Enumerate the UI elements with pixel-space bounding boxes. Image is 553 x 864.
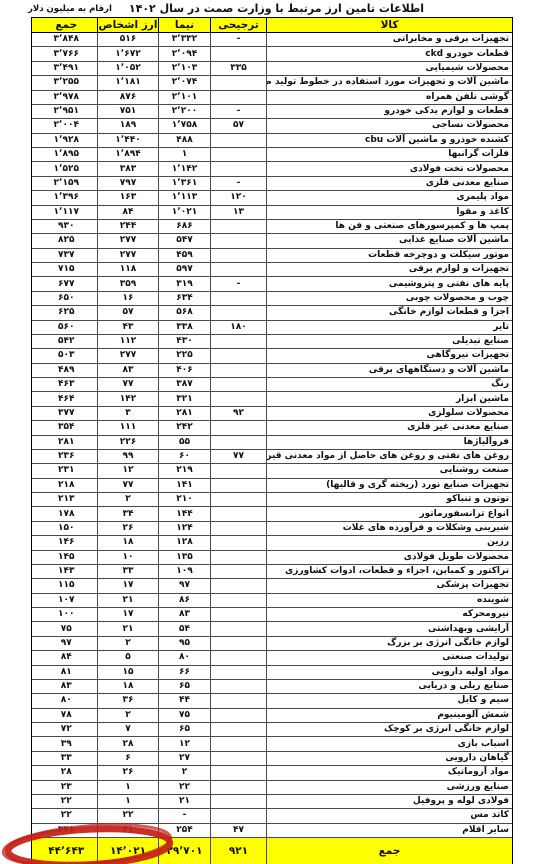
cell-goods: کاغذ و مقوا bbox=[266, 206, 512, 219]
cell-preferential bbox=[210, 76, 266, 89]
cell-nima: ۳۳۸ bbox=[158, 321, 210, 334]
cell-goods: تجهیزات و لوازم برقی bbox=[266, 263, 512, 276]
cell-goods: ماشین ابزار bbox=[266, 392, 512, 405]
cell-total: ۳۳ bbox=[36, 752, 98, 765]
cell-total: ۲٬۱۵۹ bbox=[36, 177, 98, 190]
cell-goods: محصولات شیمیایی bbox=[266, 62, 512, 75]
table-row: رنگ۳۸۷۷۷۴۶۳ bbox=[32, 378, 512, 392]
cell-preferential bbox=[210, 479, 266, 492]
cell-goods: تولیدات صنعتی bbox=[266, 651, 512, 664]
cell-goods: کشنده خودرو و ماشین آلات cbu bbox=[266, 134, 512, 147]
table-row: فلزات گرانبها۱۱٬۸۹۴۱٬۸۹۵ bbox=[32, 148, 512, 162]
cell-nima: ۱۲۸ bbox=[158, 536, 210, 549]
table-row: کاغذ و مقوا۱۳۱٬۰۲۱۸۴۱٬۱۱۷ bbox=[32, 206, 512, 220]
cell-preferential bbox=[210, 752, 266, 765]
table-row: توتون و تنباکو۲۱۰۲۲۱۳ bbox=[32, 493, 512, 507]
table-row: آرایشی وبهداشتی۵۴۲۱۷۵ bbox=[32, 622, 512, 636]
cell-personal: ۳۵۹ bbox=[97, 277, 158, 290]
table-row: گیاهان دارویی۲۷۶۳۳ bbox=[32, 752, 512, 766]
cell-preferential bbox=[210, 493, 266, 506]
cell-total: ۱۷۸ bbox=[36, 507, 98, 520]
cell-preferential: - bbox=[210, 277, 266, 290]
cell-nima: ۱۴۴ bbox=[158, 507, 210, 520]
table-row: انواع ترانسفورماتور۱۴۴۳۴۱۷۸ bbox=[32, 507, 512, 521]
cell-preferential: ۱۸۰ bbox=[210, 321, 266, 334]
cell-preferential bbox=[210, 680, 266, 693]
cell-nima: ۲٬۲۰۰ bbox=[158, 105, 210, 118]
cell-personal: ۱٬۱۸۱ bbox=[97, 76, 158, 89]
cell-preferential bbox=[210, 436, 266, 449]
cell-goods: پایه های نفتی و پتروشیمی bbox=[266, 277, 512, 290]
table-row: تراکتور و کمباین، اجزاء و قطعات، ادوات ک… bbox=[32, 565, 512, 579]
cell-goods: محصولات نساجی bbox=[266, 119, 512, 132]
table-row: محصولات سلولزی۹۲۲۸۱۳۳۷۷ bbox=[32, 407, 512, 421]
cell-personal: ۱ bbox=[97, 781, 158, 794]
cell-personal: ۱۶ bbox=[97, 292, 158, 305]
table-row: لوازم خانگی انرژی بر بزرگ۹۵۲۹۷ bbox=[32, 637, 512, 651]
cell-nima: ۱۴۱ bbox=[158, 479, 210, 492]
cell-total: ۹۳۰ bbox=[36, 220, 98, 233]
cell-goods: نیرومحرکه bbox=[266, 608, 512, 621]
cell-preferential: - bbox=[210, 105, 266, 118]
cell-goods: روغن های نفتی و روغن های حاصل از مواد مع… bbox=[266, 450, 512, 463]
table-row: محصولات تخت فولادی۱٬۱۴۲۳۸۳۱٬۵۲۵ bbox=[32, 162, 512, 176]
table-row: مواد آروماتیک۲۲۶۲۸ bbox=[32, 766, 512, 780]
cell-personal: ۱ bbox=[97, 795, 158, 808]
cell-total: ۲٬۹۵۱ bbox=[36, 105, 98, 118]
cell-personal: ۳۸۳ bbox=[97, 162, 158, 175]
cell-nima: ۶۶ bbox=[158, 666, 210, 679]
cell-personal: ۱۸۹ bbox=[97, 119, 158, 132]
cell-nima: ۳٬۳۳۲ bbox=[158, 33, 210, 46]
cell-nima: ۷۵ bbox=[158, 709, 210, 722]
cell-total: ۱۴۳ bbox=[36, 565, 98, 578]
cell-goods: رزین bbox=[266, 536, 512, 549]
cell-nima: ۵۹۷ bbox=[158, 263, 210, 276]
cell-total: ۱۱۵ bbox=[36, 579, 98, 592]
cell-preferential bbox=[210, 622, 266, 635]
cell-personal: ۱۷ bbox=[97, 608, 158, 621]
header-personal: ارز اشخاص bbox=[97, 18, 158, 32]
cell-personal: ۴۱ bbox=[97, 824, 158, 837]
cell-total: ۲۱۸ bbox=[36, 479, 98, 492]
cell-total: ۲۸۱ bbox=[36, 436, 98, 449]
table-row: روغن های نفتی و روغن های حاصل از مواد مع… bbox=[32, 450, 512, 464]
cell-goods: موتور سیکلت و دوچرخه قطعات bbox=[266, 249, 512, 262]
cell-total: ۱۰۰ bbox=[36, 608, 98, 621]
cell-preferential bbox=[210, 809, 266, 822]
total-personal: ۱۴٬۰۲۱ bbox=[97, 838, 158, 864]
cell-goods: آرایشی وبهداشتی bbox=[266, 622, 512, 635]
cell-total: ۳۷۷ bbox=[36, 407, 98, 420]
cell-goods: رنگ bbox=[266, 378, 512, 391]
cell-goods: محصولات طویل فولادی bbox=[266, 551, 512, 564]
cell-nima: ۴۸۸ bbox=[158, 134, 210, 147]
cell-goods: اجزا و قطعات لوازم خانگی bbox=[266, 306, 512, 319]
cell-nima: ۳۲۱ bbox=[158, 392, 210, 405]
cell-goods: تجهیزات برقی و مخابراتی bbox=[266, 33, 512, 46]
cell-goods: محصولات تخت فولادی bbox=[266, 162, 512, 175]
cell-total: ۱۴۶ bbox=[36, 536, 98, 549]
cell-preferential bbox=[210, 737, 266, 750]
cell-total: ۲۳۱ bbox=[36, 464, 98, 477]
cell-preferential bbox=[210, 249, 266, 262]
table-row: فولادی لوله و پروفیل۲۱۱۲۲ bbox=[32, 795, 512, 809]
table-row: تجهیزات و لوازم برقی۵۹۷۱۱۸۷۱۵ bbox=[32, 263, 512, 277]
cell-goods: سیم و کابل bbox=[266, 694, 512, 707]
table-row: کاتد مس-۲۲۲۲ bbox=[32, 809, 512, 823]
cell-goods: ماشین آلات و تجهیزات مورد استفاده در خطو… bbox=[266, 76, 512, 89]
cell-goods: پمپ ها و کمپرسورهای صنعتی و فن ها bbox=[266, 220, 512, 233]
cell-total: ۲٬۰۰۴ bbox=[36, 119, 98, 132]
table-row: گوشی تلفن همراه۲٬۱۰۱۸۷۶۲٬۹۷۸ bbox=[32, 91, 512, 105]
cell-goods: مواد آروماتیک bbox=[266, 766, 512, 779]
cell-personal: ۱٬۴۴۰ bbox=[97, 134, 158, 147]
table-row: محصولات شیمیایی۳۳۵۲٬۱۰۳۱٬۰۵۲۳٬۴۹۱ bbox=[32, 62, 512, 76]
cell-goods: مواد پلیمری bbox=[266, 191, 512, 204]
cell-preferential bbox=[210, 551, 266, 564]
cell-goods: کاتد مس bbox=[266, 809, 512, 822]
cell-nima: ۱٬۳۶۱ bbox=[158, 177, 210, 190]
cell-nima: ۶۵ bbox=[158, 680, 210, 693]
cell-total: ۳۹ bbox=[36, 737, 98, 750]
cell-nima: ۱۲ bbox=[158, 737, 210, 750]
cell-preferential bbox=[210, 536, 266, 549]
cell-nima: ۲٬۱۰۱ bbox=[158, 91, 210, 104]
cell-nima: ۴۳۰ bbox=[158, 335, 210, 348]
cell-preferential bbox=[210, 766, 266, 779]
cell-goods: صنایع ریلی و دریایی bbox=[266, 680, 512, 693]
cell-preferential: - bbox=[210, 177, 266, 190]
cell-personal: ۵۱۶ bbox=[97, 33, 158, 46]
cell-personal: ۲۷۷ bbox=[97, 234, 158, 247]
cell-goods: صنایع تبدیلی bbox=[266, 335, 512, 348]
cell-nima: ۶۳۴ bbox=[158, 292, 210, 305]
cell-preferential bbox=[210, 666, 266, 679]
cell-personal: ۱٬۶۷۲ bbox=[97, 47, 158, 60]
cell-preferential bbox=[210, 464, 266, 477]
cell-preferential bbox=[210, 306, 266, 319]
table-row: شوینده۸۶۲۱۱۰۷ bbox=[32, 594, 512, 608]
cell-goods: محصولات سلولزی bbox=[266, 407, 512, 420]
unit-note: ارقام به میلیون دلار bbox=[28, 4, 112, 14]
cell-nima: ۵۴ bbox=[158, 622, 210, 635]
table-row: مواد اولیه دارویی۶۶۱۵۸۱ bbox=[32, 666, 512, 680]
cell-personal: ۱٬۰۵۲ bbox=[97, 62, 158, 75]
table-row: کشنده خودرو و ماشین آلات cbu۴۸۸۱٬۴۴۰۱٬۹۲… bbox=[32, 134, 512, 148]
cell-goods: لوازم خانگی انرژی بر بزرگ bbox=[266, 637, 512, 650]
cell-goods: شمش آلومینیوم bbox=[266, 709, 512, 722]
cell-personal: ۲۷۷ bbox=[97, 349, 158, 362]
cell-personal: ۱۵ bbox=[97, 666, 158, 679]
cell-preferential: - bbox=[210, 33, 266, 46]
cell-personal: ۲۸ bbox=[97, 737, 158, 750]
cell-nima: ۳۱۹ bbox=[158, 277, 210, 290]
cell-preferential bbox=[210, 522, 266, 535]
cell-total: ۵۰۳ bbox=[36, 349, 98, 362]
cell-personal: ۱۰ bbox=[97, 551, 158, 564]
table-row: صنایع تبدیلی۴۳۰۱۱۲۵۴۲ bbox=[32, 335, 512, 349]
cell-total: ۶۲۵ bbox=[36, 306, 98, 319]
cell-personal: ۲ bbox=[97, 709, 158, 722]
cell-goods: اسباب بازی bbox=[266, 737, 512, 750]
cell-preferential bbox=[210, 723, 266, 736]
cell-nima: ۲۲ bbox=[158, 781, 210, 794]
cell-total: ۶۷۷ bbox=[36, 277, 98, 290]
cell-personal: ۹۹ bbox=[97, 450, 158, 463]
cell-personal: ۸۷۶ bbox=[97, 91, 158, 104]
table-row: صنایع معدنی فلزی-۱٬۳۶۱۷۹۷۲٬۱۵۹ bbox=[32, 177, 512, 191]
cell-nima: ۱۰۹ bbox=[158, 565, 210, 578]
cell-preferential bbox=[210, 608, 266, 621]
cell-nima: ۱٬۰۲۱ bbox=[158, 206, 210, 219]
cell-preferential bbox=[210, 579, 266, 592]
cell-personal: ۲۲۶ bbox=[97, 436, 158, 449]
cell-total: ۳٬۸۴۸ bbox=[36, 33, 98, 46]
cell-total: ۱٬۹۲۸ bbox=[36, 134, 98, 147]
table-row: صنعت روشنایی۲۱۹۱۲۲۳۱ bbox=[32, 464, 512, 478]
table-row: چوب و محصولات چوبی۶۳۴۱۶۶۵۰ bbox=[32, 292, 512, 306]
cell-goods: توتون و تنباکو bbox=[266, 493, 512, 506]
cell-preferential: ۷۷ bbox=[210, 450, 266, 463]
cell-total: ۷۲ bbox=[36, 723, 98, 736]
cell-personal: ۷ bbox=[97, 723, 158, 736]
cell-goods: مواد اولیه دارویی bbox=[266, 666, 512, 679]
cell-total: ۱۰۷ bbox=[36, 594, 98, 607]
cell-total: ۱۵۰ bbox=[36, 522, 98, 535]
cell-preferential bbox=[210, 507, 266, 520]
cell-preferential bbox=[210, 694, 266, 707]
cell-goods: فروآلیاژها bbox=[266, 436, 512, 449]
table-row: محصولات نساجی۵۷۱٬۷۵۸۱۸۹۲٬۰۰۴ bbox=[32, 119, 512, 133]
cell-personal: ۲۱ bbox=[97, 622, 158, 635]
table-row: شمش آلومینیوم۷۵۲۷۸ bbox=[32, 709, 512, 723]
cell-total: ۸۰ bbox=[36, 694, 98, 707]
cell-preferential: ۵۷ bbox=[210, 119, 266, 132]
cell-preferential bbox=[210, 364, 266, 377]
cell-goods: صنایع معدنی غیر فلزی bbox=[266, 421, 512, 434]
cell-total: ۵۴۲ bbox=[36, 335, 98, 348]
cell-personal: ۲۶ bbox=[97, 766, 158, 779]
table-row: سیم و کابل۴۴۳۶۸۰ bbox=[32, 694, 512, 708]
cell-goods: صنایع معدنی فلزی bbox=[266, 177, 512, 190]
cell-personal: ۱۴۲ bbox=[97, 392, 158, 405]
cell-personal: ۷۷ bbox=[97, 479, 158, 492]
cell-preferential bbox=[210, 709, 266, 722]
cell-total: ۳۴۱ bbox=[36, 824, 98, 837]
table-row: صنایع معدنی غیر فلزی۲۴۲۱۱۱۳۵۴ bbox=[32, 421, 512, 435]
total-nima: ۲۹٬۷۰۱ bbox=[158, 838, 210, 864]
cell-goods: شوینده bbox=[266, 594, 512, 607]
cell-personal: ۱۱۱ bbox=[97, 421, 158, 434]
cell-goods: قطعات و لوازم یدکی خودرو bbox=[266, 105, 512, 118]
cell-personal: ۲۷۷ bbox=[97, 249, 158, 262]
cell-total: ۲۳۶ bbox=[36, 450, 98, 463]
table-row: محصولات طویل فولادی۱۳۵۱۰۱۴۵ bbox=[32, 551, 512, 565]
cell-personal: ۲۱ bbox=[97, 594, 158, 607]
cell-personal: ۸۴ bbox=[97, 206, 158, 219]
cell-total: ۱٬۱۱۷ bbox=[36, 206, 98, 219]
table-row: نیرومحرکه۸۳۱۷۱۰۰ bbox=[32, 608, 512, 622]
cell-goods: تجهیزات صنایع نورد (ریخته گری و قالبها) bbox=[266, 479, 512, 492]
table-total-row: جمع ۹۲۱ ۲۹٬۷۰۱ ۱۴٬۰۲۱ ۴۴٬۶۴۳ bbox=[32, 838, 512, 864]
cell-nima: ۲٬۱۰۳ bbox=[158, 62, 210, 75]
cell-nima: - bbox=[158, 809, 210, 822]
table-row: تجهیزات صنایع نورد (ریخته گری و قالبها)۱… bbox=[32, 479, 512, 493]
cell-nima: ۹۵ bbox=[158, 637, 210, 650]
table-row: سایر اقلام۴۷۲۵۴۴۱۳۴۱ bbox=[32, 824, 512, 838]
cell-nima: ۳۸۷ bbox=[158, 378, 210, 391]
cell-total: ۱٬۵۲۵ bbox=[36, 162, 98, 175]
cell-personal: ۶ bbox=[97, 752, 158, 765]
cell-nima: ۴۴ bbox=[158, 694, 210, 707]
cell-preferential bbox=[210, 795, 266, 808]
cell-preferential bbox=[210, 565, 266, 578]
cell-nima: ۵۵ bbox=[158, 436, 210, 449]
cell-preferential bbox=[210, 421, 266, 434]
cell-nima: ۲۱ bbox=[158, 795, 210, 808]
cell-nima: ۲۴۲ bbox=[158, 421, 210, 434]
cell-nima: ۲٬۰۹۴ bbox=[158, 47, 210, 60]
cell-total: ۳٬۴۹۱ bbox=[36, 62, 98, 75]
cell-personal: ۲ bbox=[97, 493, 158, 506]
cell-total: ۹۷ bbox=[36, 637, 98, 650]
table-row: صنایع ورزشی۲۲۱۲۳ bbox=[32, 781, 512, 795]
cell-goods: تایر bbox=[266, 321, 512, 334]
cell-total: ۲۸ bbox=[36, 766, 98, 779]
cell-personal: ۱۶۳ bbox=[97, 191, 158, 204]
cell-preferential: ۳۳۵ bbox=[210, 62, 266, 75]
cell-preferential bbox=[210, 91, 266, 104]
cell-total: ۷۵ bbox=[36, 622, 98, 635]
currency-table: کالا ترجیحی نیما ارز اشخاص جمع تجهیزات ب… bbox=[31, 17, 513, 864]
cell-preferential bbox=[210, 47, 266, 60]
table-row: ماشین آلات صنایع غذایی۵۴۷۲۷۷۸۲۵ bbox=[32, 234, 512, 248]
cell-personal: ۷۷ bbox=[97, 378, 158, 391]
cell-nima: ۹۷ bbox=[158, 579, 210, 592]
cell-goods: شیرینی وشکلات و فرآورده های غلات bbox=[266, 522, 512, 535]
cell-total: ۱۴۵ bbox=[36, 551, 98, 564]
header-total: جمع bbox=[36, 18, 98, 32]
cell-total: ۷۱۵ bbox=[36, 263, 98, 276]
cell-preferential: ۹۲ bbox=[210, 407, 266, 420]
header-preferential: ترجیحی bbox=[210, 18, 266, 32]
cell-preferential bbox=[210, 651, 266, 664]
cell-personal: ۷۵۱ bbox=[97, 105, 158, 118]
cell-total: ۲٬۹۷۸ bbox=[36, 91, 98, 104]
table-row: تولیدات صنعتی۸۰۵۸۴ bbox=[32, 651, 512, 665]
header-goods: کالا bbox=[266, 18, 512, 32]
cell-nima: ۴۰۶ bbox=[158, 364, 210, 377]
cell-preferential bbox=[210, 220, 266, 233]
cell-personal: ۲۶ bbox=[97, 522, 158, 535]
cell-nima: ۸۶ bbox=[158, 594, 210, 607]
cell-personal: ۱۷ bbox=[97, 579, 158, 592]
cell-goods: سایر اقلام bbox=[266, 824, 512, 837]
cell-nima: ۶۰ bbox=[158, 450, 210, 463]
cell-total: ۲۲ bbox=[36, 809, 98, 822]
total-grand: ۴۴٬۶۴۳ bbox=[36, 838, 98, 864]
cell-preferential bbox=[210, 234, 266, 247]
header-nima: نیما bbox=[158, 18, 210, 32]
report-page: اطلاعات تامین ارز مرتبط با وزارت صمت در … bbox=[0, 0, 553, 864]
cell-nima: ۲۷ bbox=[158, 752, 210, 765]
table-row: قطعات خودرو ckd۲٬۰۹۴۱٬۶۷۲۳٬۷۶۶ bbox=[32, 47, 512, 61]
cell-preferential bbox=[210, 637, 266, 650]
cell-personal: ۳ bbox=[97, 407, 158, 420]
cell-personal: ۱۱۲ bbox=[97, 335, 158, 348]
cell-nima: ۱۲۴ bbox=[158, 522, 210, 535]
cell-personal: ۲۴۴ bbox=[97, 220, 158, 233]
cell-preferential bbox=[210, 263, 266, 276]
cell-nima: ۲ bbox=[158, 766, 210, 779]
table-row: اسباب بازی۱۲۲۸۳۹ bbox=[32, 737, 512, 751]
table-row: پایه های نفتی و پتروشیمی-۳۱۹۳۵۹۶۷۷ bbox=[32, 277, 512, 291]
table-row: ماشین آلات و دستگاههای برقی۴۰۶۸۳۴۸۹ bbox=[32, 364, 512, 378]
cell-personal: ۳۴ bbox=[97, 507, 158, 520]
cell-preferential bbox=[210, 335, 266, 348]
table-row: رزین۱۲۸۱۸۱۴۶ bbox=[32, 536, 512, 550]
cell-personal: ۳۶ bbox=[97, 694, 158, 707]
table-row: تجهیزات برقی و مخابراتی-۳٬۳۳۲۵۱۶۳٬۸۴۸ bbox=[32, 33, 512, 47]
cell-personal: ۱۸ bbox=[97, 536, 158, 549]
cell-personal: ۳۳ bbox=[97, 565, 158, 578]
cell-goods: تراکتور و کمباین، اجزاء و قطعات، ادوات ک… bbox=[266, 565, 512, 578]
cell-total: ۵۶۰ bbox=[36, 321, 98, 334]
cell-goods: گوشی تلفن همراه bbox=[266, 91, 512, 104]
cell-total: ۱٬۸۹۵ bbox=[36, 148, 98, 161]
table-row: مواد پلیمری۱۲۰۱٬۱۱۳۱۶۳۱٬۳۹۶ bbox=[32, 191, 512, 205]
cell-nima: ۱٬۷۵۸ bbox=[158, 119, 210, 132]
cell-goods: ماشین آلات و دستگاههای برقی bbox=[266, 364, 512, 377]
cell-personal: ۲ bbox=[97, 637, 158, 650]
cell-personal: ۵ bbox=[97, 651, 158, 664]
cell-goods: تجهیزات پزشکی bbox=[266, 579, 512, 592]
cell-total: ۴۸۹ bbox=[36, 364, 98, 377]
cell-total: ۷۳۷ bbox=[36, 249, 98, 262]
cell-total: ۸۴ bbox=[36, 651, 98, 664]
cell-total: ۷۸ bbox=[36, 709, 98, 722]
cell-nima: ۶۸۶ bbox=[158, 220, 210, 233]
cell-personal: ۱۱۸ bbox=[97, 263, 158, 276]
cell-goods: ماشین آلات صنایع غذایی bbox=[266, 234, 512, 247]
cell-total: ۳٬۲۵۵ bbox=[36, 76, 98, 89]
cell-personal: ۷۹۷ bbox=[97, 177, 158, 190]
table-row: لوازم خانگی انرژی بر کوچک۶۵۷۷۲ bbox=[32, 723, 512, 737]
cell-nima: ۲۲۵ bbox=[158, 349, 210, 362]
cell-preferential bbox=[210, 349, 266, 362]
cell-nima: ۱۳۵ bbox=[158, 551, 210, 564]
table-row: پمپ ها و کمپرسورهای صنعتی و فن ها۶۸۶۲۴۴۹… bbox=[32, 220, 512, 234]
table-row: تایر۱۸۰۳۳۸۴۳۵۶۰ bbox=[32, 321, 512, 335]
table-row: موتور سیکلت و دوچرخه قطعات۴۵۹۲۷۷۷۳۷ bbox=[32, 249, 512, 263]
cell-goods: فلزات گرانبها bbox=[266, 148, 512, 161]
cell-nima: ۱٬۱۴۲ bbox=[158, 162, 210, 175]
cell-preferential bbox=[210, 148, 266, 161]
cell-nima: ۱ bbox=[158, 148, 210, 161]
cell-nima: ۶۵ bbox=[158, 723, 210, 736]
cell-personal: ۲۲ bbox=[97, 809, 158, 822]
cell-goods: قطعات خودرو ckd bbox=[266, 47, 512, 60]
cell-nima: ۸۳ bbox=[158, 608, 210, 621]
cell-preferential bbox=[210, 162, 266, 175]
cell-preferential bbox=[210, 134, 266, 147]
cell-preferential bbox=[210, 781, 266, 794]
cell-personal: ۵۷ bbox=[97, 306, 158, 319]
cell-total: ۲۲ bbox=[36, 795, 98, 808]
cell-nima: ۱٬۱۱۳ bbox=[158, 191, 210, 204]
cell-nima: ۲۱۰ bbox=[158, 493, 210, 506]
